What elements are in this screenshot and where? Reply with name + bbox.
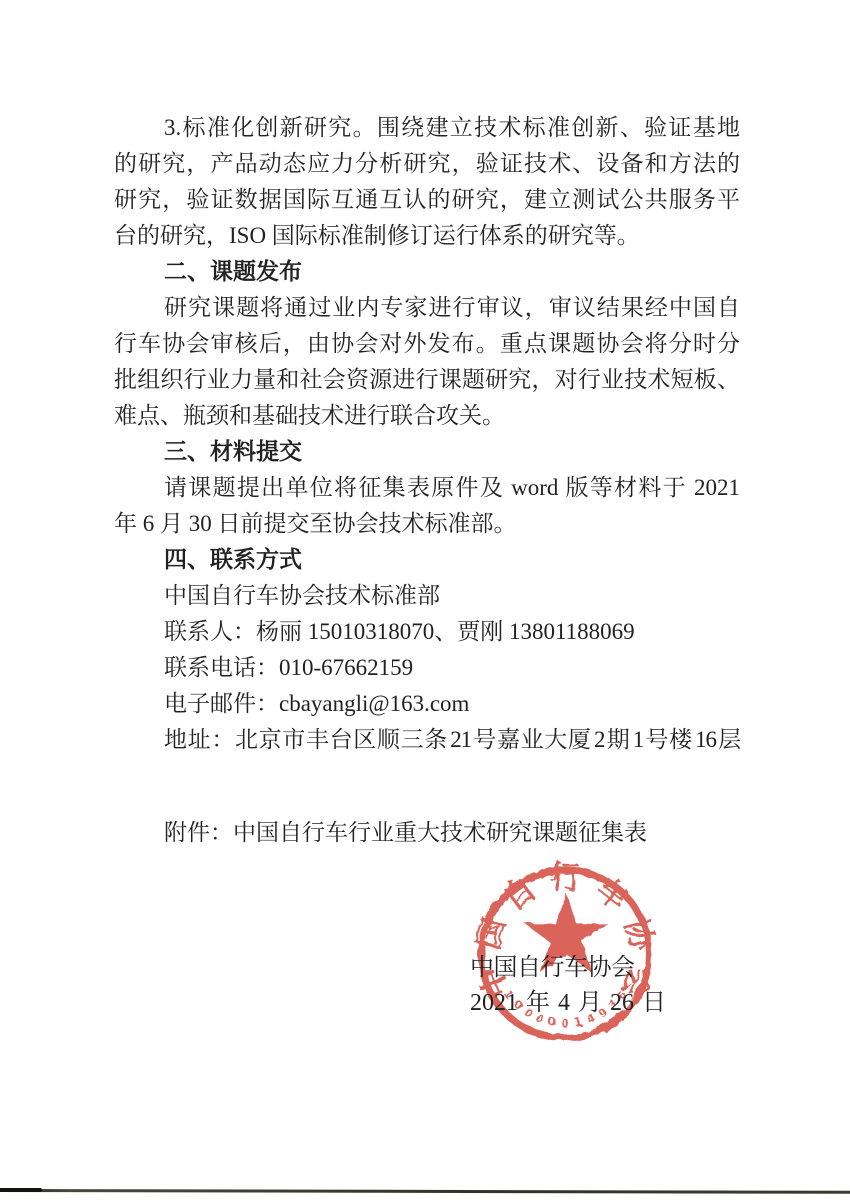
text-line: 中国自行车协会技术标准部	[114, 578, 740, 614]
document-body: 3.标准化创新研究。围绕建立技术标准创新、验证基地的研究，产品动态应力分析研究，…	[114, 110, 740, 758]
text-line: 联系人：杨丽 15010318070、贾刚 13801188069	[114, 614, 740, 650]
scan-edge-artifact	[0, 1189, 850, 1193]
text-line: 年 6 月 30 日前提交至协会技术标准部。	[114, 506, 740, 542]
signature-org-name: 中国自行车协会	[470, 951, 635, 985]
text-line: 地址：北京市丰台区顺三条 21 号嘉业大厦 2 期 1 号楼 16 层	[114, 722, 740, 758]
text-line: 联系电话：010-67662159	[114, 650, 740, 686]
text-line: 电子邮件：cbayangli@163.com	[114, 686, 740, 722]
text-line: 行车协会审核后，由协会对外发布。重点课题协会将分时分	[114, 326, 740, 362]
text-line: 3.标准化创新研究。围绕建立技术标准创新、验证基地	[114, 110, 740, 146]
text-line: 四、联系方式	[114, 542, 740, 578]
text-line: 批组织行业力量和社会资源进行课题研究，对行业技术短板、	[114, 362, 740, 398]
text-line: 难点、瓶颈和基础技术进行联合攻关。	[114, 398, 740, 434]
text-line: 研究，验证数据国际互通互认的研究，建立测试公共服务平	[114, 182, 740, 218]
text-line: 三、材料提交	[114, 434, 740, 470]
text-line: 台的研究，ISO 国际标准制修订运行体系的研究等。	[114, 218, 740, 254]
text-line: 请课题提出单位将征集表原件及 word 版等材料于 2021	[114, 470, 740, 506]
text-line: 二、课题发布	[114, 254, 740, 290]
text-line: 的研究，产品动态应力分析研究，验证技术、设备和方法的	[114, 146, 740, 182]
text-line: 研究课题将通过业内专家进行审议，审议结果经中国自	[114, 290, 740, 326]
scan-edge-wedge	[0, 1188, 42, 1192]
signature-date: 2021 年 4 月 26 日	[470, 986, 666, 1020]
